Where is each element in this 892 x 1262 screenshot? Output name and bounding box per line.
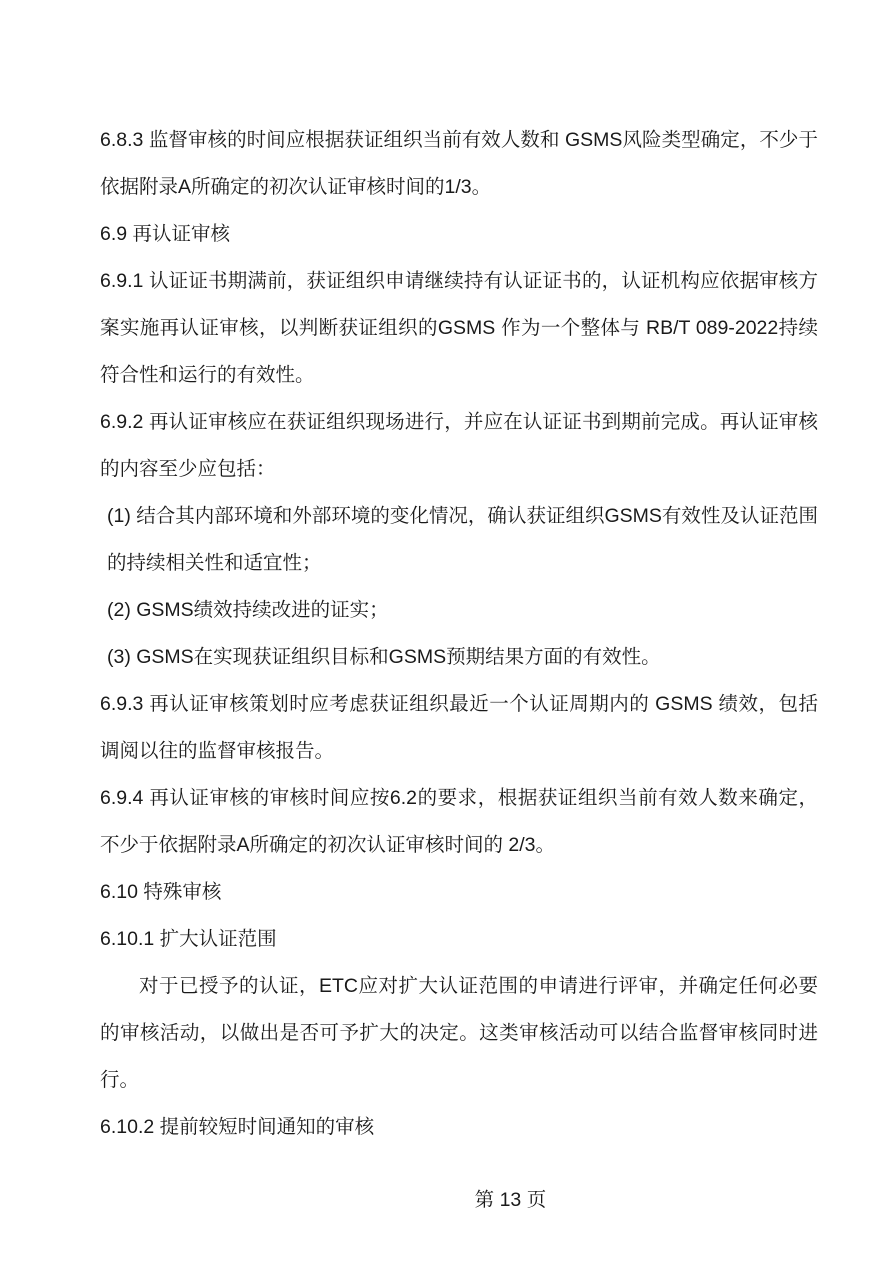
page-footer: 第 13 页 xyxy=(453,1161,546,1239)
document-page: 6.8.3 监督审核的时间应根据获证组织当前有效人数和 GSMS风险类型确定，不… xyxy=(0,0,892,1262)
heading-6-10-1: 6.10.1 扩大认证范围 xyxy=(100,916,818,963)
clause-6-10-1-body: 对于已授予的认证，ETC应对扩大认证范围的申请进行评审，并确定任何必要的审核活动… xyxy=(100,963,818,1104)
page-number: 第 13 页 xyxy=(475,1189,547,1211)
clause-6-8-3: 6.8.3 监督审核的时间应根据获证组织当前有效人数和 GSMS风险类型确定，不… xyxy=(100,117,818,211)
document-body: 6.8.3 监督审核的时间应根据获证组织当前有效人数和 GSMS风险类型确定，不… xyxy=(100,117,818,1151)
clause-6-9-3: 6.9.3 再认证审核策划时应考虑获证组织最近一个认证周期内的 GSMS 绩效，… xyxy=(100,681,818,775)
list-item-1: (1) 结合其内部环境和外部环境的变化情况，确认获证组织GSMS有效性及认证范围… xyxy=(100,493,818,587)
list-item-3: (3) GSMS在实现获证组织目标和GSMS预期结果方面的有效性。 xyxy=(100,634,818,681)
heading-6-10-2: 6.10.2 提前较短时间通知的审核 xyxy=(100,1104,818,1151)
clause-6-9-4: 6.9.4 再认证审核的审核时间应按6.2的要求，根据获证组织当前有效人数来确定… xyxy=(100,775,818,869)
heading-6-9: 6.9 再认证审核 xyxy=(100,211,818,258)
list-item-2: (2) GSMS绩效持续改进的证实； xyxy=(100,587,818,634)
clause-6-9-2: 6.9.2 再认证审核应在获证组织现场进行，并应在认证证书到期前完成。再认证审核… xyxy=(100,399,818,493)
clause-6-9-1: 6.9.1 认证证书期满前，获证组织申请继续持有认证证书的，认证机构应依据审核方… xyxy=(100,258,818,399)
heading-6-10: 6.10 特殊审核 xyxy=(100,869,818,916)
